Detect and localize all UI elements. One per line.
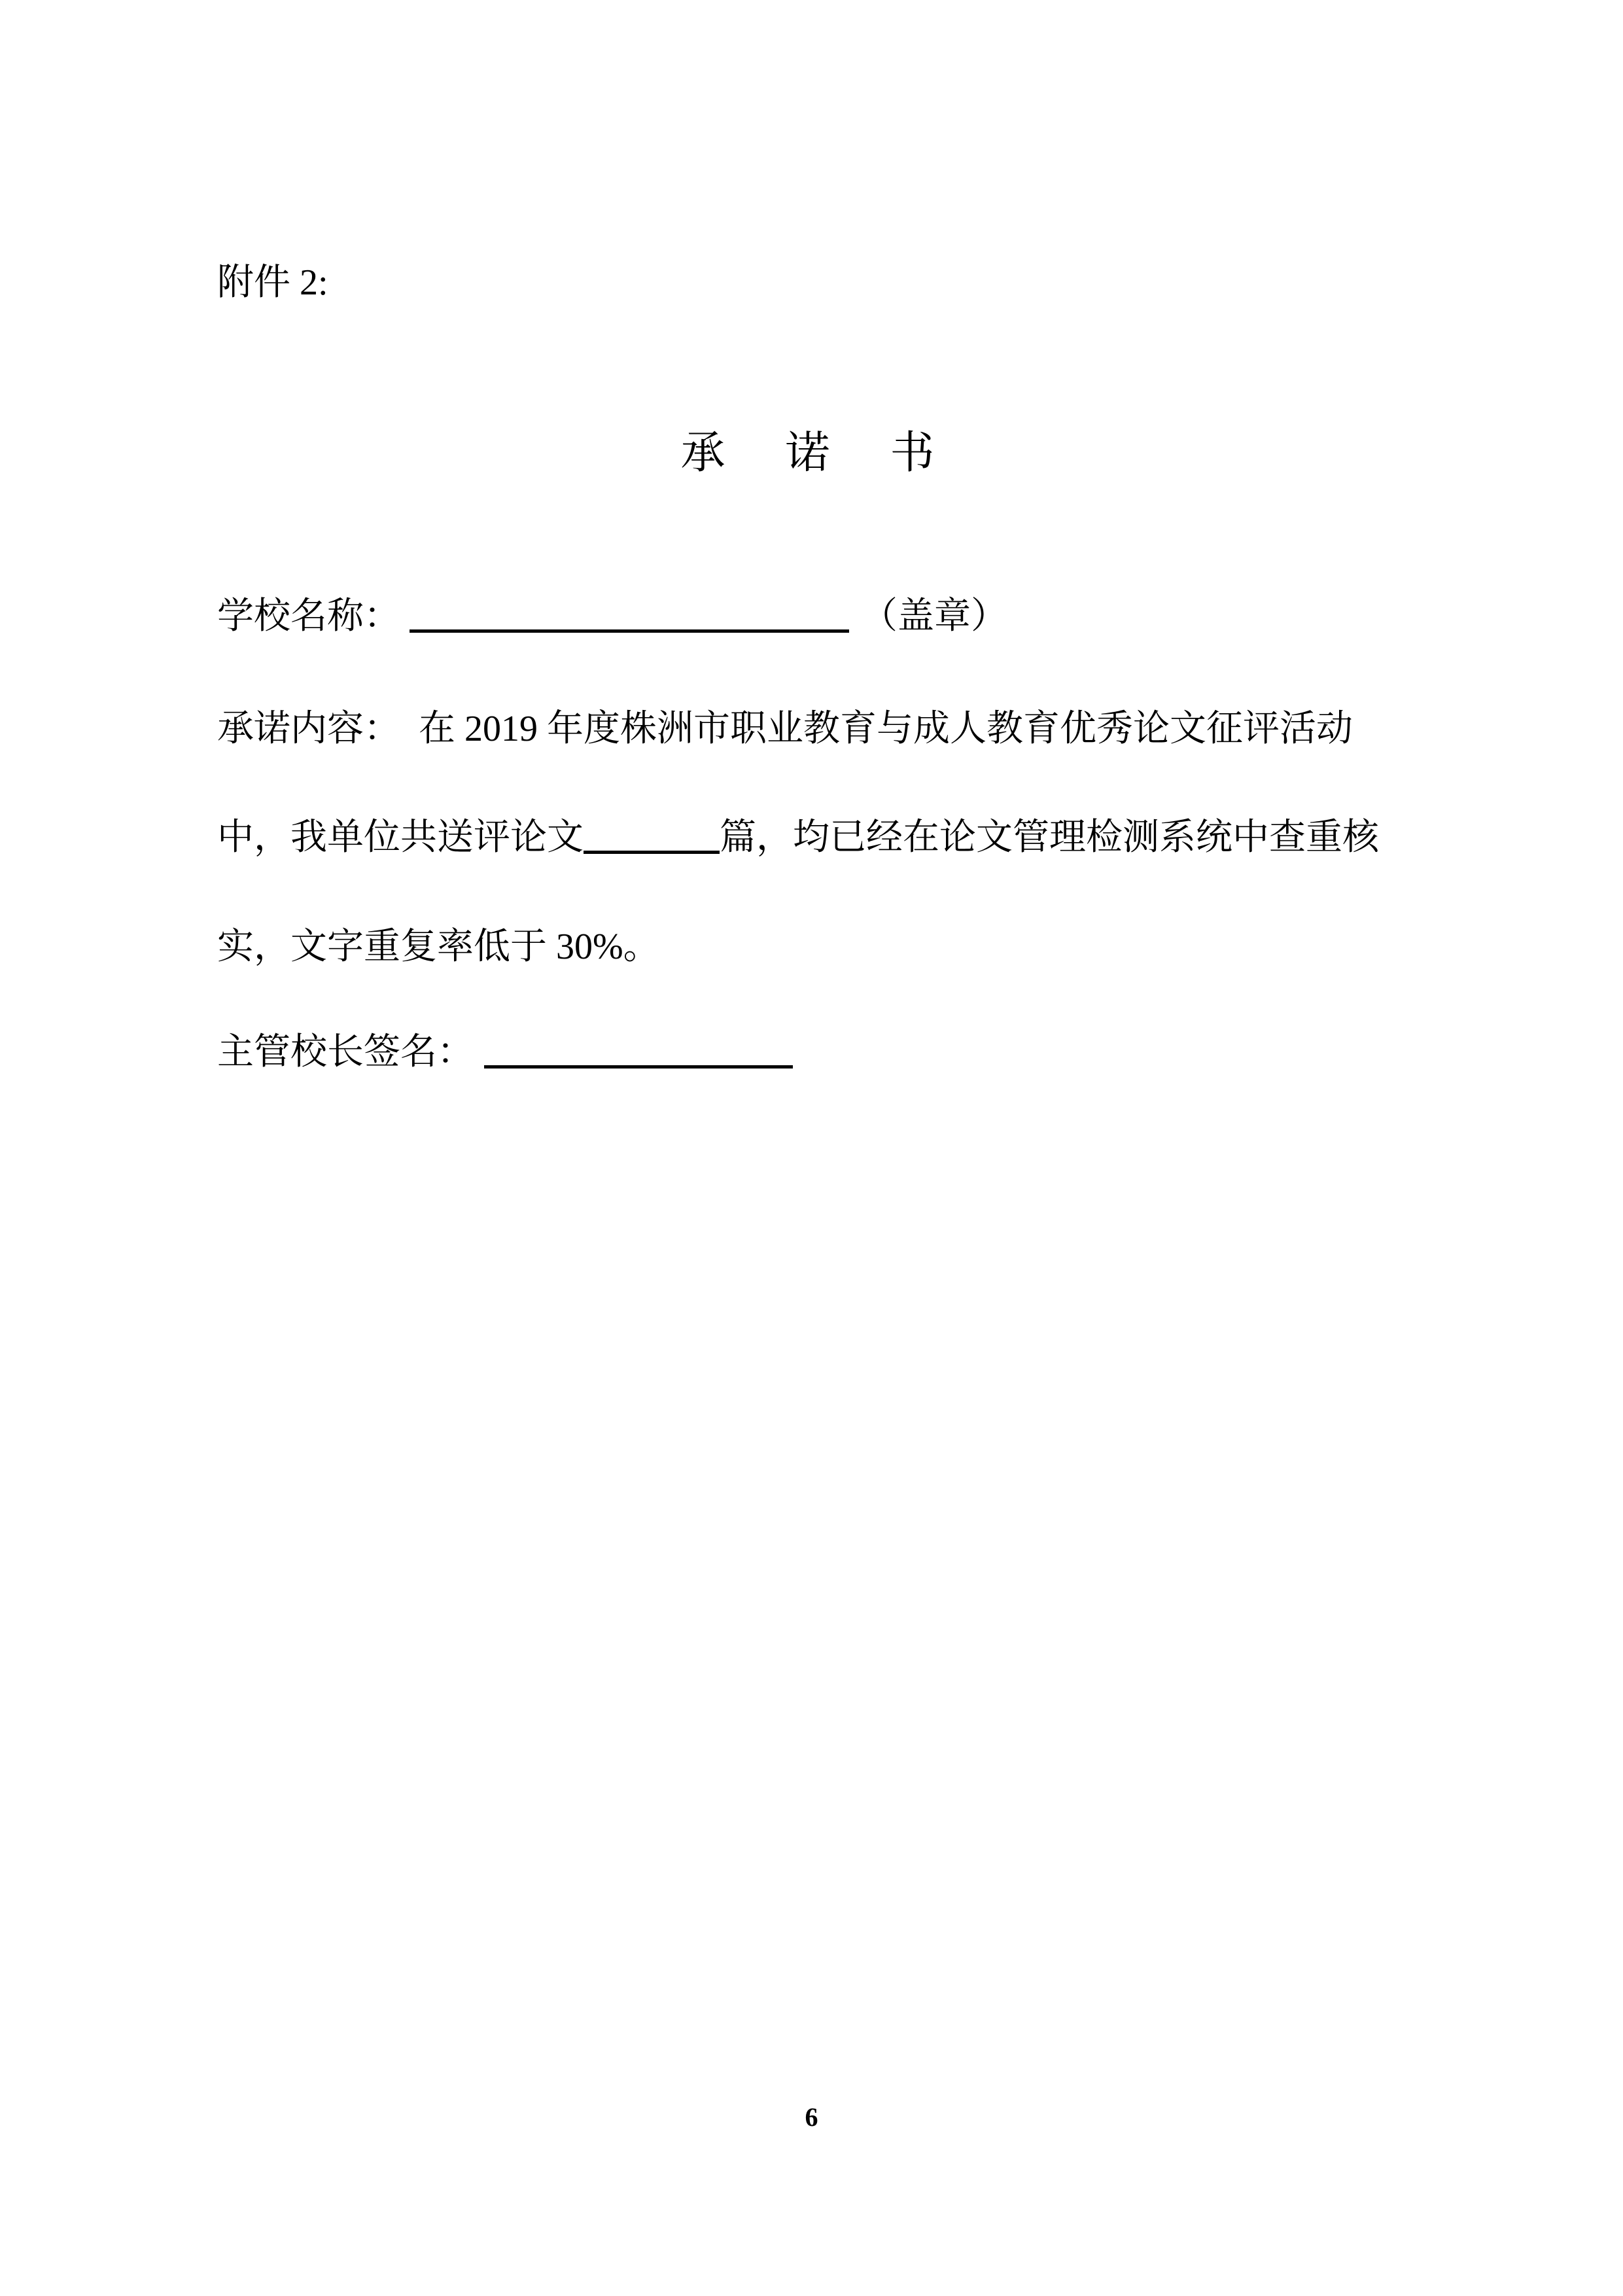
signature-blank [484, 1034, 793, 1069]
commitment-body-line-3: 实，文字重复率低于 30%。 [217, 925, 660, 969]
school-name-label: 学校名称： [217, 596, 400, 637]
seal-note: （盖章） [861, 596, 1007, 637]
signature-label: 主管校长签名： [217, 1032, 474, 1072]
commitment-body-line-2: 中，我单位共送评论文篇，均已经在论文管理检测系统中查重核 [217, 815, 1379, 860]
school-name-line: 学校名称：（盖章） [217, 594, 1007, 639]
document-page: 附件 2: 承 诺 书 学校名称：（盖章） 承诺内容： 在 2019 年度株洲市… [0, 0, 1623, 2296]
paper-count-suffix: 篇，均已经在论文管理检测系统中查重核 [720, 817, 1379, 858]
paper-count-blank [584, 819, 720, 854]
page-number: 6 [0, 2102, 1623, 2133]
paper-count-prefix: 中，我单位共送评论文 [217, 817, 584, 858]
document-title: 承 诺 书 [0, 427, 1623, 479]
school-name-blank [410, 598, 849, 633]
signature-line: 主管校长签名： [217, 1030, 793, 1074]
commitment-body-line-1: 承诺内容： 在 2019 年度株洲市职业教育与成人教育优秀论文征评活动 [217, 707, 1353, 751]
attachment-label: 附件 2: [217, 260, 328, 305]
